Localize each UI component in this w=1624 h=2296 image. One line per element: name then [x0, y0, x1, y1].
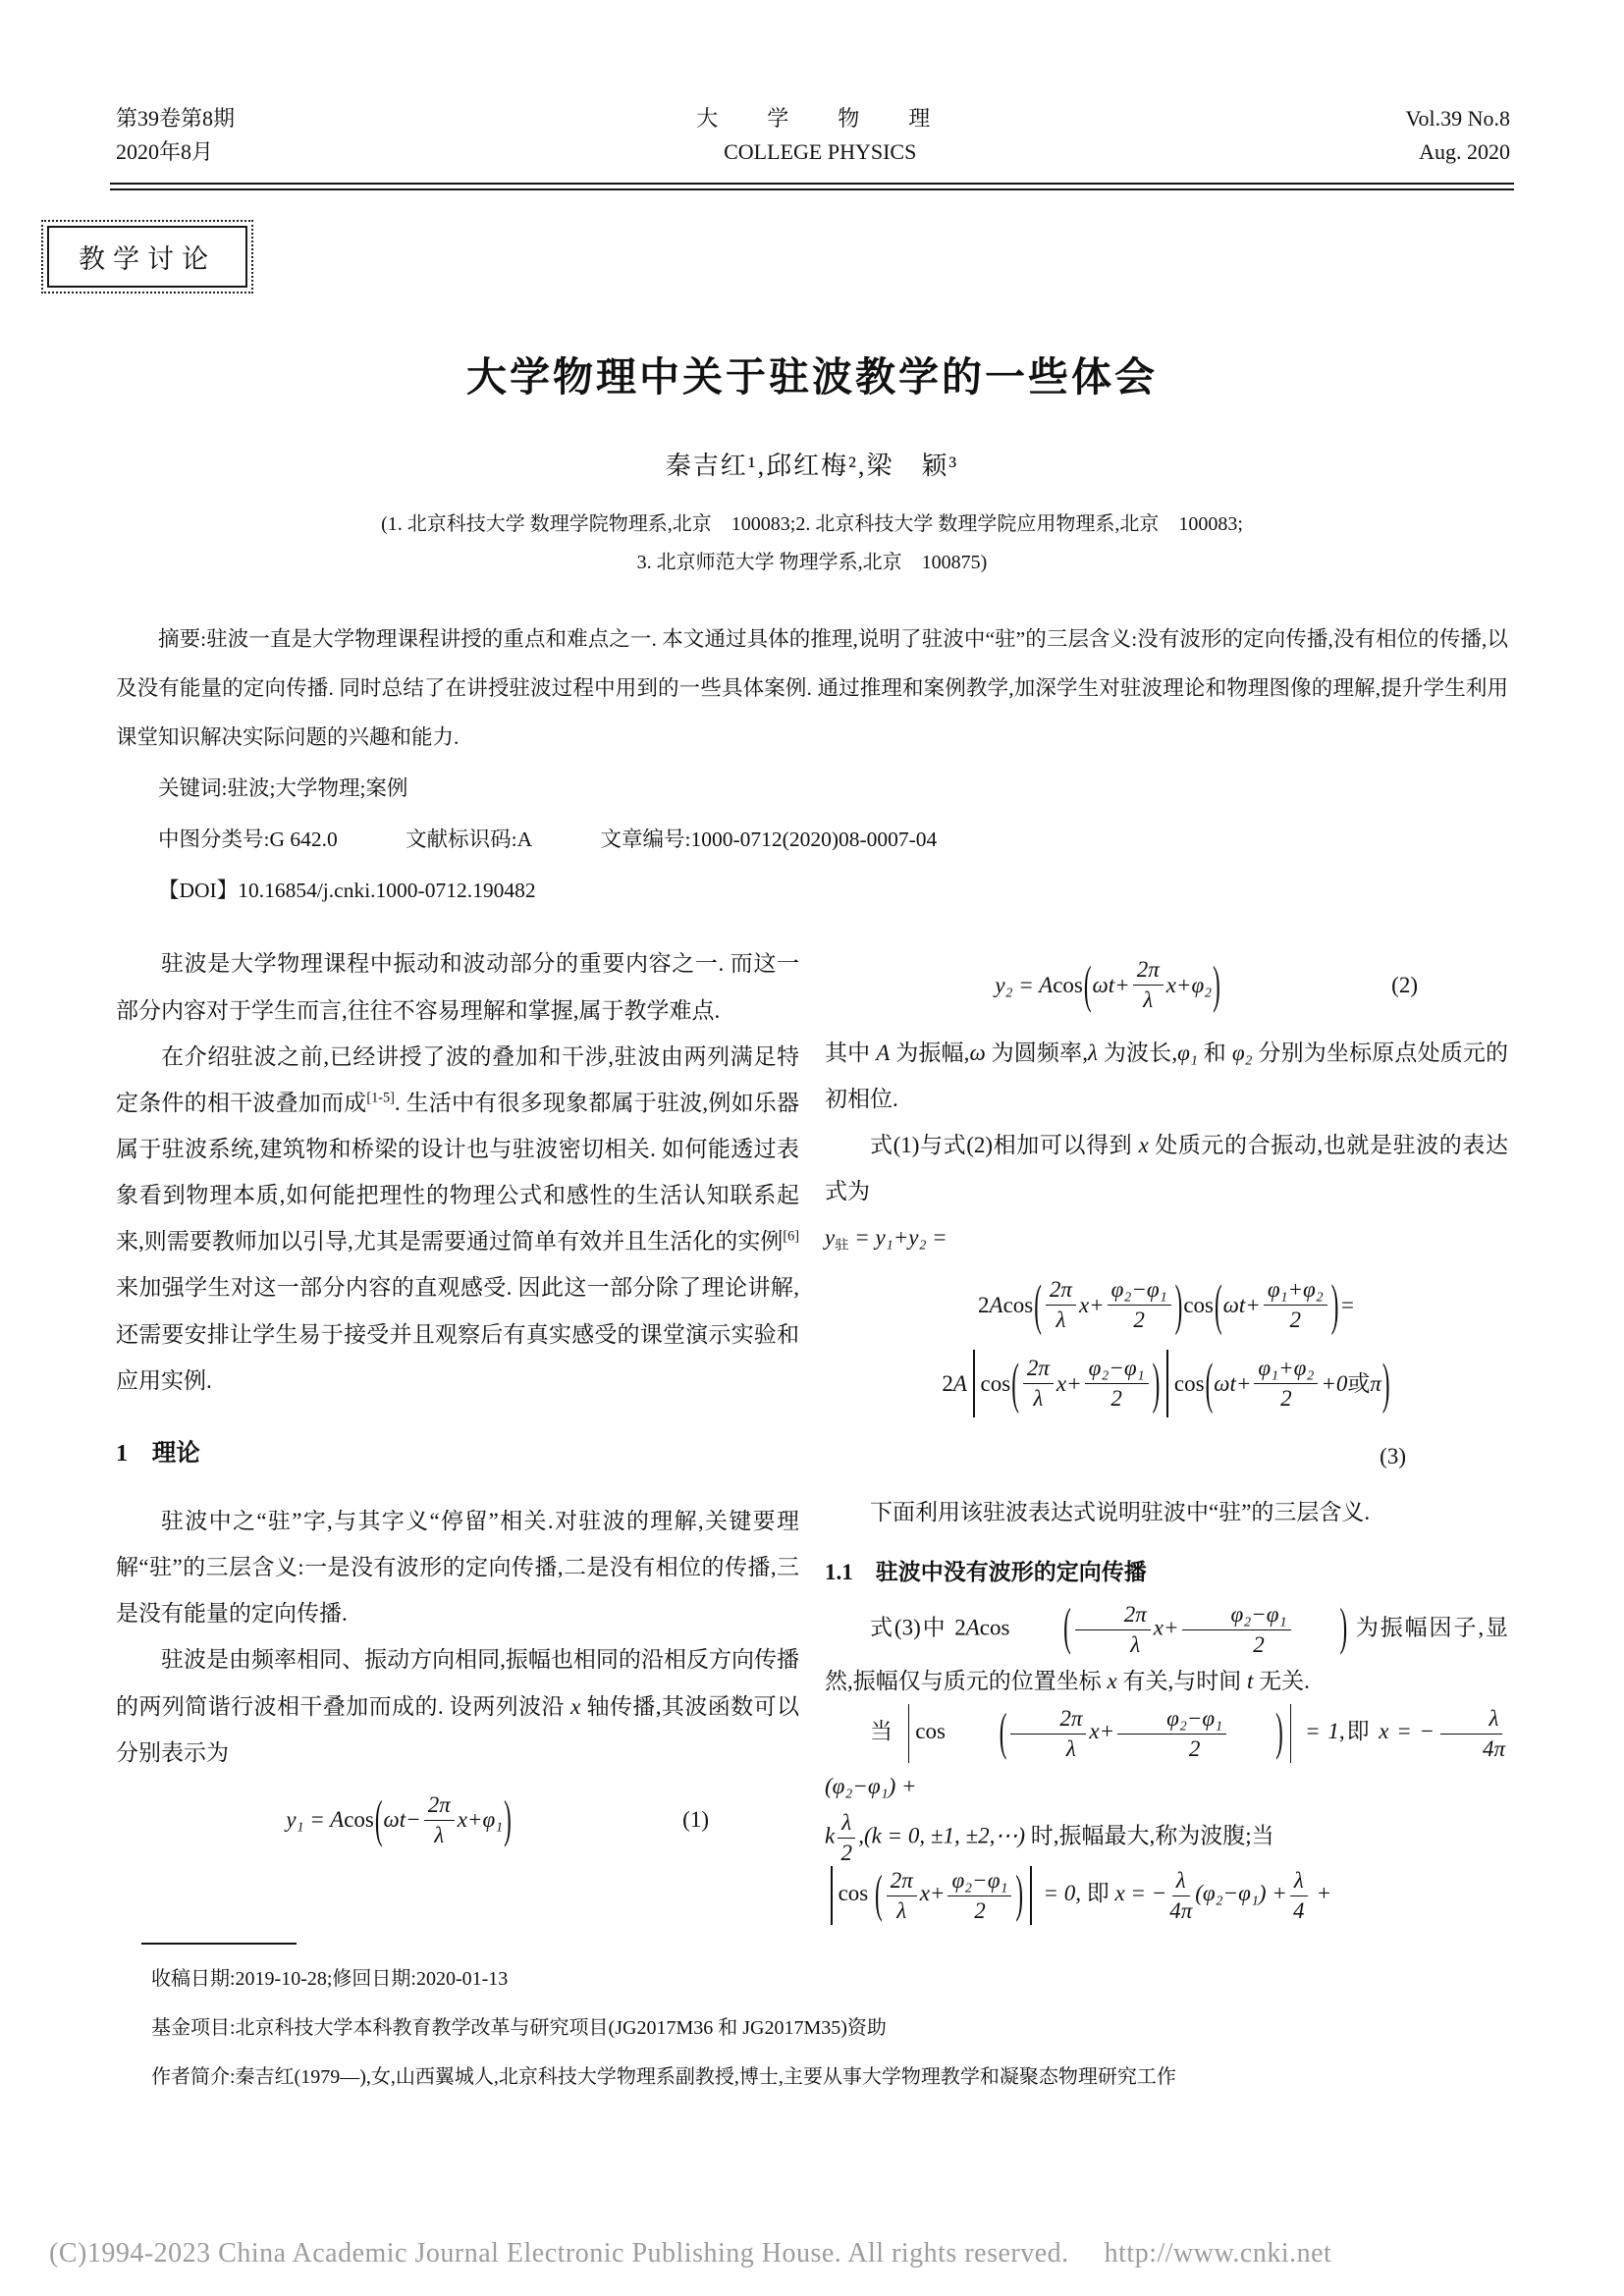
section-heading-1: 1 理论	[116, 1429, 799, 1478]
paragraph: 驻波中之“驻”字,与其字义“停留”相关.对驻波的理解,关键要理解“驻”的三层含义…	[116, 1498, 799, 1636]
paragraph: 在介绍驻波之前,已经讲授了波的叠加和干涉,驻波由两列满足特定条件的相干波叠加而成…	[116, 1034, 799, 1404]
journal-header: 第39卷第8期 2020年8月 大 学 物 理 COLLEGE PHYSICS …	[0, 0, 1624, 179]
paragraph: 下面利用该驻波表达式说明驻波中“驻”的三层含义.	[825, 1489, 1508, 1535]
abstract: 摘要:驻波一直是大学物理课程讲授的重点和难点之一. 本文通过具体的推理,说明了驻…	[116, 615, 1508, 763]
document-code: 文献标识码:A	[406, 828, 532, 851]
cnki-copyright-watermark: (C)1994-2023 China Academic Journal Elec…	[49, 2231, 1331, 2270]
right-column: y₂ = Acos (ωt+2πλx+φ₂) (2) 其中 A 为振幅,ω 为圆…	[825, 940, 1508, 1925]
volume-issue-cn: 第39卷第8期	[116, 102, 235, 135]
equation-1-body: y₁ = Acos (ωt−2πλx+φ₁)	[116, 1791, 682, 1848]
affiliation-line-1: (1. 北京科技大学 数理学院物理系,北京 100083;2. 北京科技大学 数…	[0, 506, 1624, 544]
footnote-author-bio: 作者简介:秦吉红(1979—),女,山西翼城人,北京科技大学物理系副教授,博士,…	[116, 2053, 1508, 2102]
equation-2-body: y₂ = Acos (ωt+2πλx+φ₂)	[825, 956, 1391, 1013]
paragraph: 式(3)中 2Acos (2πλx+φ₂−φ₁2) 为振幅因子,显然,振幅仅与质…	[825, 1601, 1508, 1704]
affiliation-line-2: 3. 北京师范大学 物理学系,北京 100875)	[0, 544, 1624, 582]
date-en: Aug. 2020	[1405, 135, 1510, 169]
header-issue-info: 第39卷第8期 2020年8月	[116, 102, 235, 169]
paragraph: kλ2,(k = 0, ±1, ±2,⋯) 时,振幅最大,称为波腹;当	[825, 1809, 1508, 1866]
footnote-fund-project: 基金项目:北京科技大学本科教育教学改革与研究项目(JG2017M36 和 JG2…	[116, 2003, 1508, 2053]
journal-name-en: COLLEGE PHYSICS	[696, 135, 944, 169]
equation-3-number: (3)	[825, 1433, 1406, 1479]
header-double-rule	[110, 183, 1514, 190]
equation-3-line-2: 2Acos (2πλx+φ₂−φ₁2)cos (ωt+φ₁+φ₂2+0 或 π)	[825, 1350, 1508, 1417]
journal-name: 大 学 物 理 COLLEGE PHYSICS	[696, 102, 944, 169]
doi-line: 【DOI】10.16854/j.cnki.1000-0712.190482	[116, 867, 1508, 916]
affiliation-block: (1. 北京科技大学 数理学院物理系,北京 100083;2. 北京科技大学 数…	[0, 506, 1624, 582]
equation-3-lead: y驻 = y₁+y₂ =	[825, 1214, 1508, 1260]
clc-number: 中图分类号:G 642.0	[158, 828, 338, 851]
footnote-rule	[141, 1943, 297, 1945]
journal-page: 第39卷第8期 2020年8月 大 学 物 理 COLLEGE PHYSICS …	[0, 0, 1624, 2296]
volume-issue-en: Vol.39 No.8	[1405, 102, 1510, 135]
article-title: 大学物理中关于驻波教学的一些体会	[0, 345, 1624, 402]
paragraph: cos (2πλx+φ₂−φ₁2) = 0, 即 x = −λ4π(φ₂−φ₁)…	[825, 1866, 1508, 1925]
footnote-block: 收稿日期:2019-10-28;修回日期:2020-01-13 基金项目:北京科…	[116, 1943, 1508, 2102]
classification-line: 中图分类号:G 642.0 文献标识码:A 文章编号:1000-0712(202…	[116, 816, 1508, 865]
equation-2: y₂ = Acos (ωt+2πλx+φ₂) (2)	[825, 956, 1508, 1013]
paragraph: 式(1)与式(2)相加可以得到 x 处质元的合振动,也就是驻波的表达式为	[825, 1122, 1508, 1214]
journal-name-cn: 大 学 物 理	[696, 102, 944, 135]
equation-2-number: (2)	[1391, 962, 1418, 1008]
date-cn: 2020年8月	[116, 135, 235, 169]
equation-3-line-2-body: 2Acos (2πλx+φ₂−φ₁2)cos (ωt+φ₁+φ₂2+0 或 π)	[825, 1350, 1508, 1417]
keywords-line: 关键词:驻波;大学物理;案例	[116, 765, 1508, 814]
section-heading-1-1: 1.1 驻波中没有波形的定向传播	[825, 1549, 1508, 1595]
paragraph: 驻波是由频率相同、振动方向相同,振幅也相同的沿相反方向传播的两列简谐行波相干叠加…	[116, 1636, 799, 1775]
paragraph: 当 cos (2πλx+φ₂−φ₁2) = 1,即 x = −λ4π(φ₂−φ₁…	[825, 1704, 1508, 1809]
column-badge: 教学讨论	[41, 220, 253, 294]
equation-1: y₁ = Acos (ωt−2πλx+φ₁) (1)	[116, 1791, 799, 1848]
column-badge-label: 教学讨论	[47, 226, 247, 288]
paragraph: 驻波是大学物理课程中振动和波动部分的重要内容之一. 而这一部分内容对于学生而言,…	[116, 940, 799, 1033]
header-vol-en: Vol.39 No.8 Aug. 2020	[1405, 102, 1510, 169]
authors-line: 秦吉红¹,邱红梅²,梁 颖³	[0, 446, 1624, 482]
equation-1-number: (1)	[682, 1796, 709, 1842]
body-columns: 驻波是大学物理课程中振动和波动部分的重要内容之一. 而这一部分内容对于学生而言,…	[0, 915, 1624, 1925]
paragraph: 其中 A 为振幅,ω 为圆频率,λ 为波长,φ₁ 和 φ₂ 分别为坐标原点处质元…	[825, 1030, 1508, 1122]
article-number: 文章编号:1000-0712(2020)08-0007-04	[601, 828, 938, 851]
left-column: 驻波是大学物理课程中振动和波动部分的重要内容之一. 而这一部分内容对于学生而言,…	[116, 940, 799, 1925]
equation-3-line-1: 2Acos (2πλx+φ₂−φ₁2) cos (ωt+φ₁+φ₂2) =	[825, 1276, 1508, 1333]
equation-3-line-1-body: 2Acos (2πλx+φ₂−φ₁2) cos (ωt+φ₁+φ₂2) =	[825, 1276, 1508, 1333]
footnote-received-date: 收稿日期:2019-10-28;修回日期:2020-01-13	[116, 1954, 1508, 2003]
